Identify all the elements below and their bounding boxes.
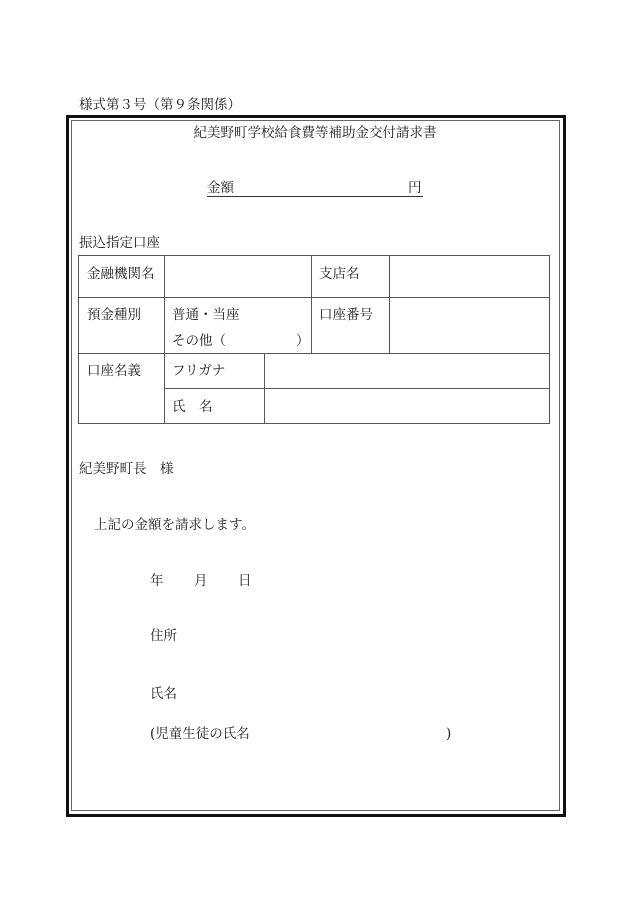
deposit-type-other[interactable]: その他（: [172, 333, 226, 349]
student-name-label: (児童生徒の氏名: [150, 726, 250, 742]
holder-name-field[interactable]: [264, 388, 550, 424]
furigana-label: フリガナ: [172, 363, 225, 379]
holder-label: 口座名義: [87, 363, 141, 379]
amount-field-underline[interactable]: [207, 196, 423, 197]
request-statement: 上記の金額を請求します。: [94, 517, 255, 533]
account-number-label-cell: 口座番号: [311, 297, 390, 354]
form-number: 様式第３号（第９条関係）: [79, 97, 241, 113]
holder-label-cell: 口座名義: [78, 353, 165, 424]
name-label: 氏名: [150, 686, 177, 702]
holder-name-label-cell: 氏 名: [164, 388, 265, 424]
account-number-field[interactable]: [389, 297, 550, 354]
document-title: 紀美野町学校給食費等補助金交付請求書: [0, 125, 630, 141]
date-day: 日: [238, 573, 252, 589]
bank-name-field[interactable]: [164, 255, 312, 298]
deposit-type-options[interactable]: 普通・当座: [172, 307, 240, 323]
account-section-heading: 振込指定口座: [79, 235, 160, 251]
deposit-type-field[interactable]: 普通・当座 その他（ ）: [164, 297, 312, 354]
branch-label-cell: 支店名: [311, 255, 390, 298]
date-month: 月: [194, 573, 208, 589]
amount-unit: 円: [408, 180, 422, 196]
deposit-type-other-close: ）: [296, 333, 310, 349]
date-year: 年: [150, 573, 164, 589]
bank-name-label-cell: 金融機関名: [78, 255, 165, 298]
holder-name-label: 氏 名: [172, 399, 213, 415]
deposit-type-label: 預金種別: [87, 307, 141, 323]
amount-label: 金額: [207, 180, 234, 196]
address-label: 住所: [150, 628, 177, 644]
deposit-type-label-cell: 預金種別: [78, 297, 165, 354]
student-name-close: ): [446, 726, 451, 742]
bank-name-label: 金融機関名: [87, 266, 155, 282]
addressee: 紀美野町長 様: [79, 461, 174, 477]
furigana-label-cell: フリガナ: [164, 353, 265, 389]
branch-label: 支店名: [319, 266, 360, 282]
account-number-label: 口座番号: [319, 307, 373, 323]
branch-field[interactable]: [389, 255, 550, 298]
furigana-field[interactable]: [264, 353, 550, 389]
